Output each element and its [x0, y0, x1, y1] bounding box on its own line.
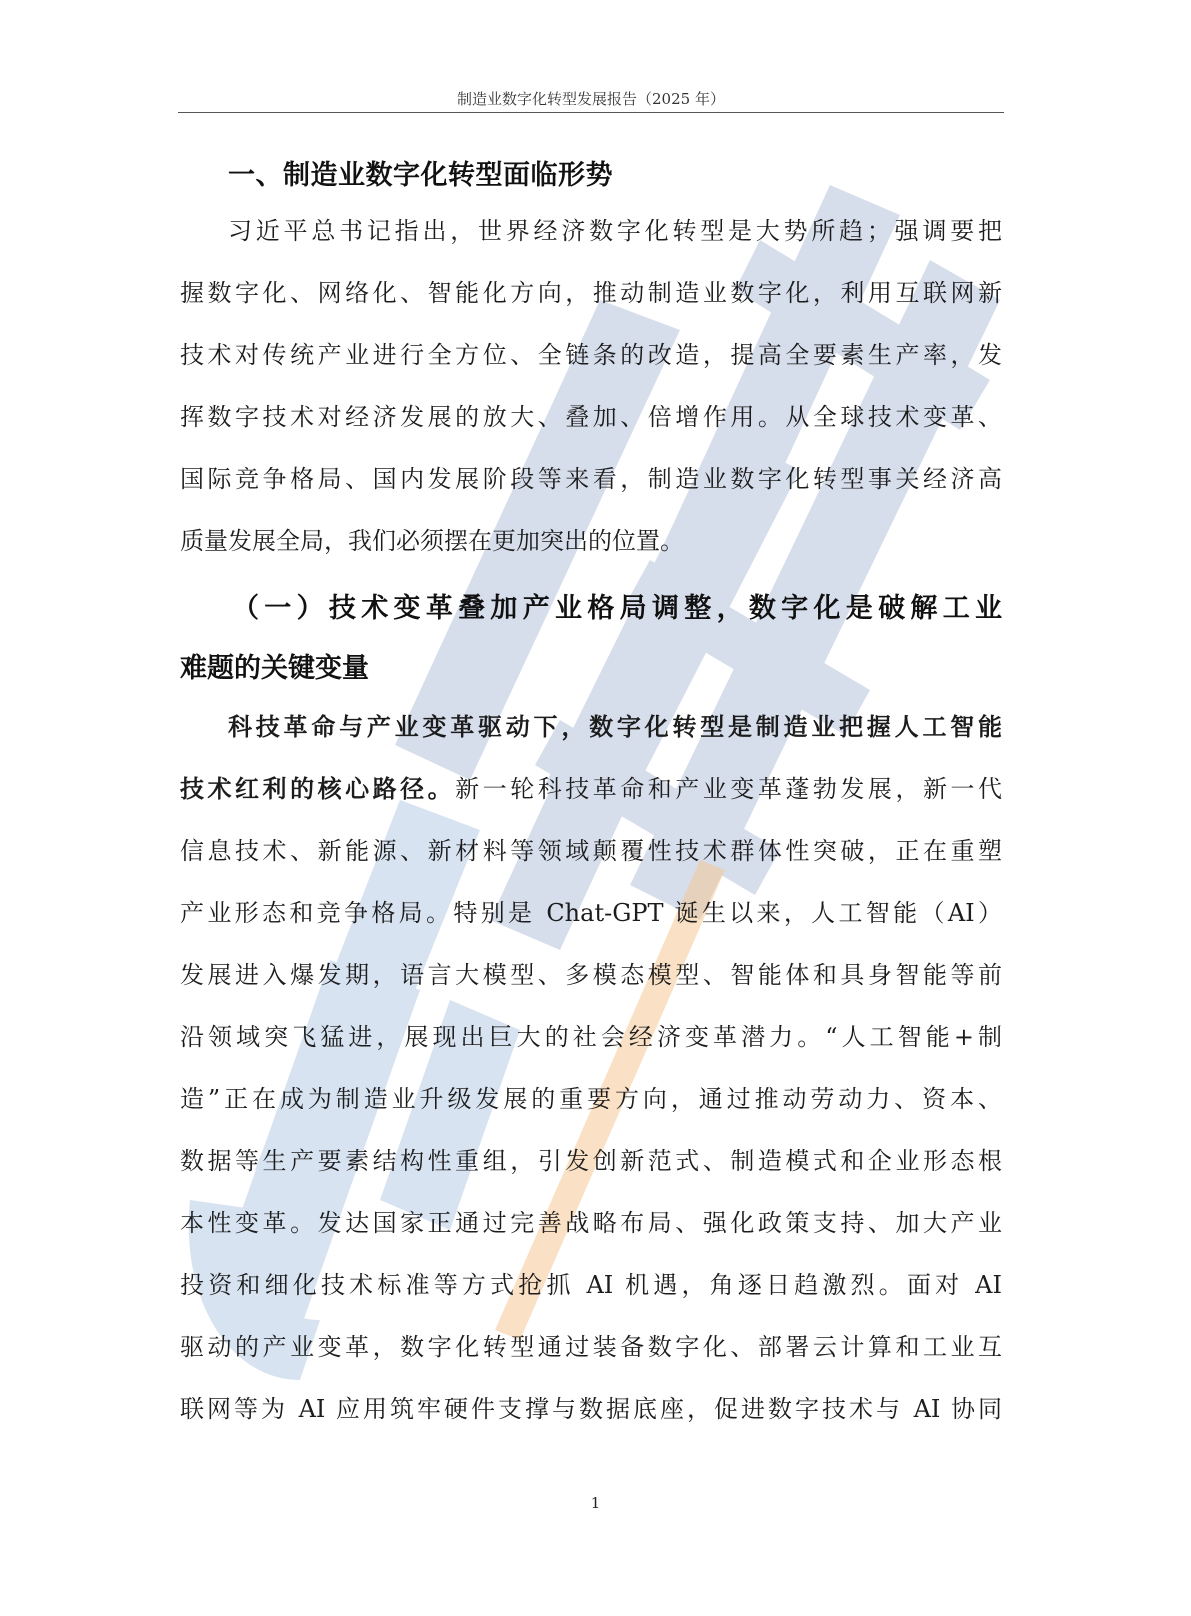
body-line: 联网等为 AI 应用筑牢硬件支撑与数据底座，促进数字技术与 AI 协同: [180, 1394, 1002, 1424]
body-line: 发展进入爆发期，语言大模型、多模态模型、智能体和具身智能等前: [180, 960, 1002, 990]
body-text: 新一轮科技革命和产业变革蓬勃发展，新一代: [455, 775, 1002, 803]
bold-lead-text: 技术红利的核心路径。: [180, 775, 455, 803]
subsection-heading-cont: 难题的关键变量: [180, 646, 369, 685]
intro-line: 技术对传统产业进行全方位、全链条的改造，提高全要素生产率，发: [180, 340, 1002, 370]
running-header: 制造业数字化转型发展报告（2025 年）: [178, 88, 1004, 109]
intro-line: 国际竞争格局、国内发展阶段等来看，制造业数字化转型事关经济高: [180, 464, 1002, 494]
body-line: 投资和细化技术标准等方式抢抓 AI 机遇，角逐日趋激烈。面对 AI: [180, 1270, 1002, 1300]
subsection-heading: （一）技术变革叠加产业格局调整，数字化是破解工业: [232, 586, 1002, 625]
body-line: 沿领域突飞猛进，展现出巨大的社会经济变革潜力。“人工智能+制: [180, 1022, 1002, 1052]
body-line: 本性变革。发达国家正通过完善战略布局、强化政策支持、加大产业: [180, 1208, 1002, 1238]
bold-lead-line: 科技革命与产业变革驱动下，数字化转型是制造业把握人工智能: [228, 712, 1002, 742]
body-line: 技术红利的核心路径。新一轮科技革命和产业变革蓬勃发展，新一代: [180, 774, 1002, 804]
section-heading: 一、制造业数字化转型面临形势: [228, 153, 613, 192]
body-line: 信息技术、新能源、新材料等领域颠覆性技术群体性突破，正在重塑: [180, 836, 1002, 866]
header-divider: [178, 112, 1004, 113]
intro-line: 握数字化、网络化、智能化方向，推动制造业数字化，利用互联网新: [180, 278, 1002, 308]
intro-line: 习近平总书记指出，世界经济数字化转型是大势所趋；强调要把: [228, 216, 1002, 246]
page-number: 1: [0, 1494, 1191, 1512]
body-line: 驱动的产业变革，数字化转型通过装备数字化、部署云计算和工业互: [180, 1332, 1002, 1362]
intro-line: 质量发展全局，我们必须摆在更加突出的位置。: [180, 526, 1002, 556]
body-line: 产业形态和竞争格局。特别是 Chat-GPT 诞生以来，人工智能（AI）: [180, 898, 1002, 928]
body-line: 造”正在成为制造业升级发展的重要方向，通过推动劳动力、资本、: [180, 1084, 1002, 1114]
intro-line: 挥数字技术对经济发展的放大、叠加、倍增作用。从全球技术变革、: [180, 402, 1002, 432]
body-line: 数据等生产要素结构性重组，引发创新范式、制造模式和企业形态根: [180, 1146, 1002, 1176]
document-page: 制造业数字化转型发展报告（2025 年） 一、制造业数字化转型面临形势 习近平总…: [0, 0, 1191, 1616]
